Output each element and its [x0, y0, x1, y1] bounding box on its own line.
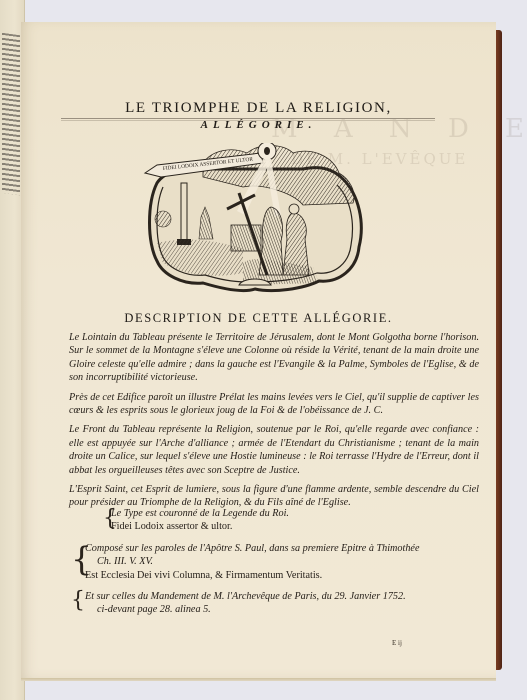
paragraph-esprit: L'Esprit Saint, cet Esprit de lumiere, s… [69, 483, 479, 510]
note-line: Le Type est couronné de la Legende du Ro… [111, 507, 499, 520]
source-notes: { Le Type est couronné de la Legende du … [69, 507, 499, 625]
page-subtitle: ALLÉGORIE. [21, 119, 496, 131]
page-bottom-edge [21, 678, 496, 681]
paragraph-front: Le Front du Tableau représente la Religi… [69, 423, 479, 477]
note-line: Ch. III. V. XV. [85, 555, 499, 568]
note-line: Et sur celles du Mandement de M. l'Arche… [85, 590, 499, 603]
paragraph-prelat: Près de cet Edifice paroît un illustre P… [69, 391, 479, 418]
note-mandement: { Et sur celles du Mandement de M. l'Arc… [69, 590, 499, 617]
previous-page-text [2, 33, 20, 196]
allegory-engraving: FIDEI LODOIX ASSERTOR ET ULTOR [143, 143, 365, 293]
brace-icon: { [103, 508, 117, 530]
page-title: LE TRIOMPHE DE LA RELIGION, [21, 100, 496, 117]
note-saint-paul: { Composé sur les paroles de l'Apôtre S.… [69, 542, 499, 582]
signature-mark: E ij [392, 639, 402, 647]
note-legend: { Le Type est couronné de la Legende du … [69, 507, 499, 534]
brace-icon: { [71, 542, 92, 575]
note-line: Est Ecclesia Dei vivi Columna, & Firmame… [85, 569, 499, 582]
brace-icon: { [71, 590, 85, 612]
note-line: Fidei Lodoix assertor & ultor. [111, 520, 499, 533]
note-line: ci-devant page 28. alinea 5. [85, 603, 499, 616]
paragraph-lointain: Le Lointain du Tableau présente le Terri… [69, 331, 479, 385]
section-heading: DESCRIPTION DE CETTE ALLÉGORIE. [21, 311, 496, 326]
book-page: M A N D E M E N T DE M. L'EVÊQUE LE TRIO… [21, 22, 496, 678]
note-line: Composé sur les paroles de l'Apôtre S. P… [85, 542, 499, 555]
description-text: Le Lointain du Tableau présente le Terri… [69, 331, 479, 516]
